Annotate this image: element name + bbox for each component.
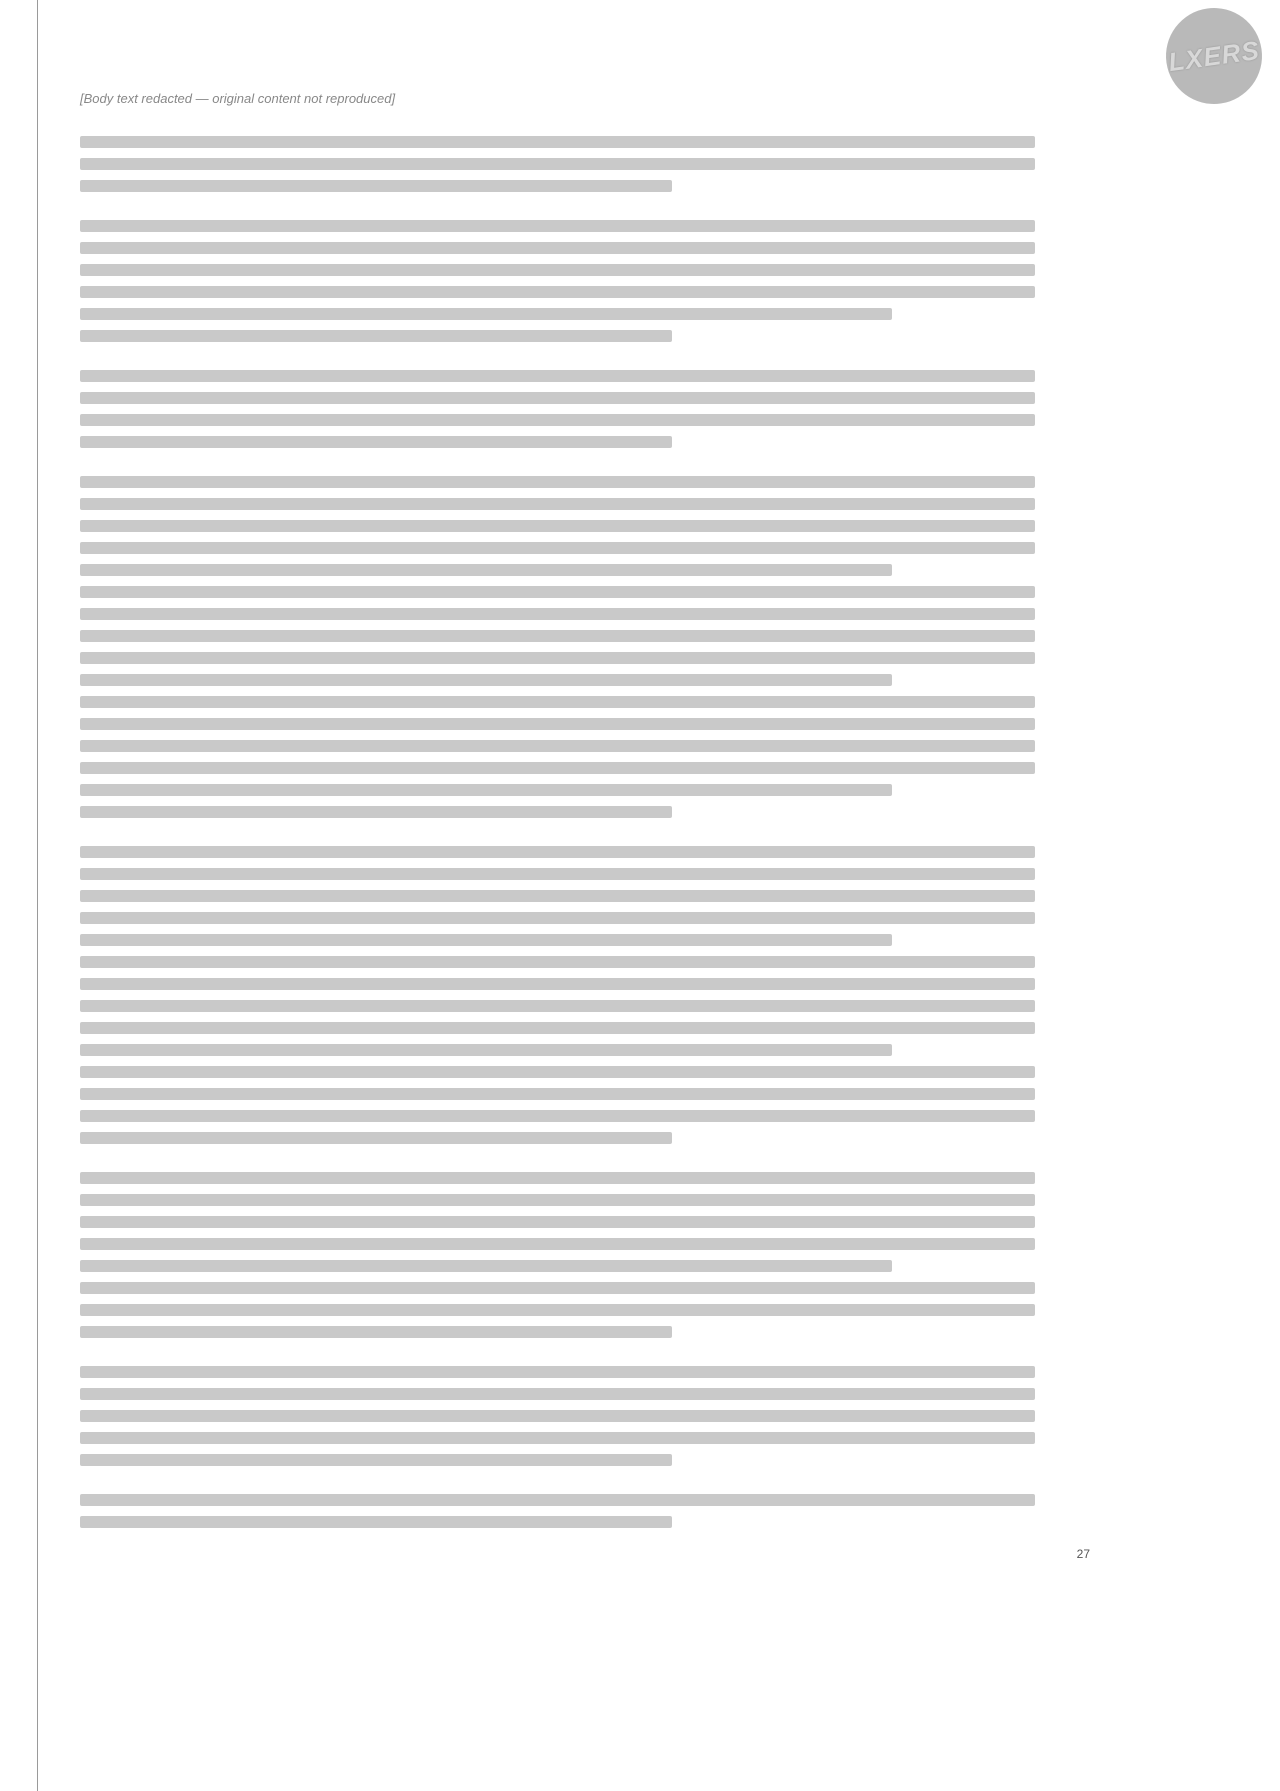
redacted-text-line	[80, 630, 1035, 642]
redacted-text-line	[80, 934, 892, 946]
page-number: 27	[1077, 1547, 1090, 1561]
redacted-paragraph	[80, 370, 1035, 448]
redacted-text-line	[80, 370, 1035, 382]
redacted-text-line	[80, 762, 1035, 774]
redacted-paragraph	[80, 1366, 1035, 1466]
redacted-text-line	[80, 1194, 1035, 1206]
redacted-text-line	[80, 1366, 1035, 1378]
redacted-text-line	[80, 608, 1035, 620]
redacted-text-line	[80, 542, 1035, 554]
redaction-note: [Body text redacted — original content n…	[80, 91, 1035, 106]
redacted-paragraph	[80, 1172, 1035, 1338]
redacted-text-line	[80, 696, 1035, 708]
redacted-text-line	[80, 740, 1035, 752]
redacted-text-line	[80, 308, 892, 320]
redacted-text-line	[80, 564, 892, 576]
redacted-text-line	[80, 1260, 892, 1272]
redacted-text-line	[80, 264, 1035, 276]
redacted-text-line	[80, 1110, 1035, 1122]
redacted-text-line	[80, 1410, 1035, 1422]
redacted-text-line	[80, 868, 1035, 880]
redacted-text-line	[80, 498, 1035, 510]
redacted-text-line	[80, 978, 1035, 990]
redacted-text-line	[80, 330, 672, 342]
redacted-text-line	[80, 1282, 1035, 1294]
redacted-text-line	[80, 242, 1035, 254]
redacted-text-line	[80, 1326, 672, 1338]
redacted-text-line	[80, 586, 1035, 598]
redacted-text-line	[80, 220, 1035, 232]
redacted-text-line	[80, 674, 892, 686]
redacted-text-line	[80, 1172, 1035, 1184]
redacted-text-line	[80, 1388, 1035, 1400]
redacted-text-line	[80, 784, 892, 796]
redacted-text-line	[80, 436, 672, 448]
redacted-text-line	[80, 520, 1035, 532]
redacted-text-line	[80, 1000, 1035, 1012]
logo-stamp: LXERS	[1160, 2, 1268, 110]
redacted-text-line	[80, 136, 1035, 148]
redacted-text-line	[80, 180, 672, 192]
redacted-text-line	[80, 718, 1035, 730]
redacted-text-line	[80, 1044, 892, 1056]
redacted-text-line	[80, 476, 1035, 488]
redacted-text-line	[80, 1088, 1035, 1100]
redacted-text-line	[80, 1066, 1035, 1078]
redacted-text-line	[80, 1454, 672, 1466]
redacted-paragraph	[80, 1494, 1035, 1528]
page-margin-rule	[37, 0, 38, 1791]
logo-text: LXERS	[1166, 34, 1261, 77]
redacted-paragraphs	[80, 136, 1035, 1528]
redacted-text-line	[80, 890, 1035, 902]
redacted-text-line	[80, 912, 1035, 924]
redacted-text-line	[80, 1432, 1035, 1444]
redacted-paragraph	[80, 846, 1035, 1144]
redacted-text-line	[80, 1022, 1035, 1034]
redacted-text-line	[80, 1238, 1035, 1250]
redacted-paragraph	[80, 220, 1035, 342]
redacted-text-line	[80, 286, 1035, 298]
redacted-paragraph	[80, 476, 1035, 818]
redacted-text-line	[80, 956, 1035, 968]
redacted-text-line	[80, 1494, 1035, 1506]
redacted-text-line	[80, 846, 1035, 858]
redacted-text-line	[80, 806, 672, 818]
redacted-text-line	[80, 414, 1035, 426]
redacted-text-line	[80, 158, 1035, 170]
body-text-area: [Body text redacted — original content n…	[80, 85, 1035, 1556]
redacted-text-line	[80, 652, 1035, 664]
redacted-text-line	[80, 392, 1035, 404]
redacted-text-line	[80, 1132, 672, 1144]
redacted-text-line	[80, 1516, 672, 1528]
redacted-text-line	[80, 1216, 1035, 1228]
redacted-text-line	[80, 1304, 1035, 1316]
redacted-paragraph	[80, 136, 1035, 192]
